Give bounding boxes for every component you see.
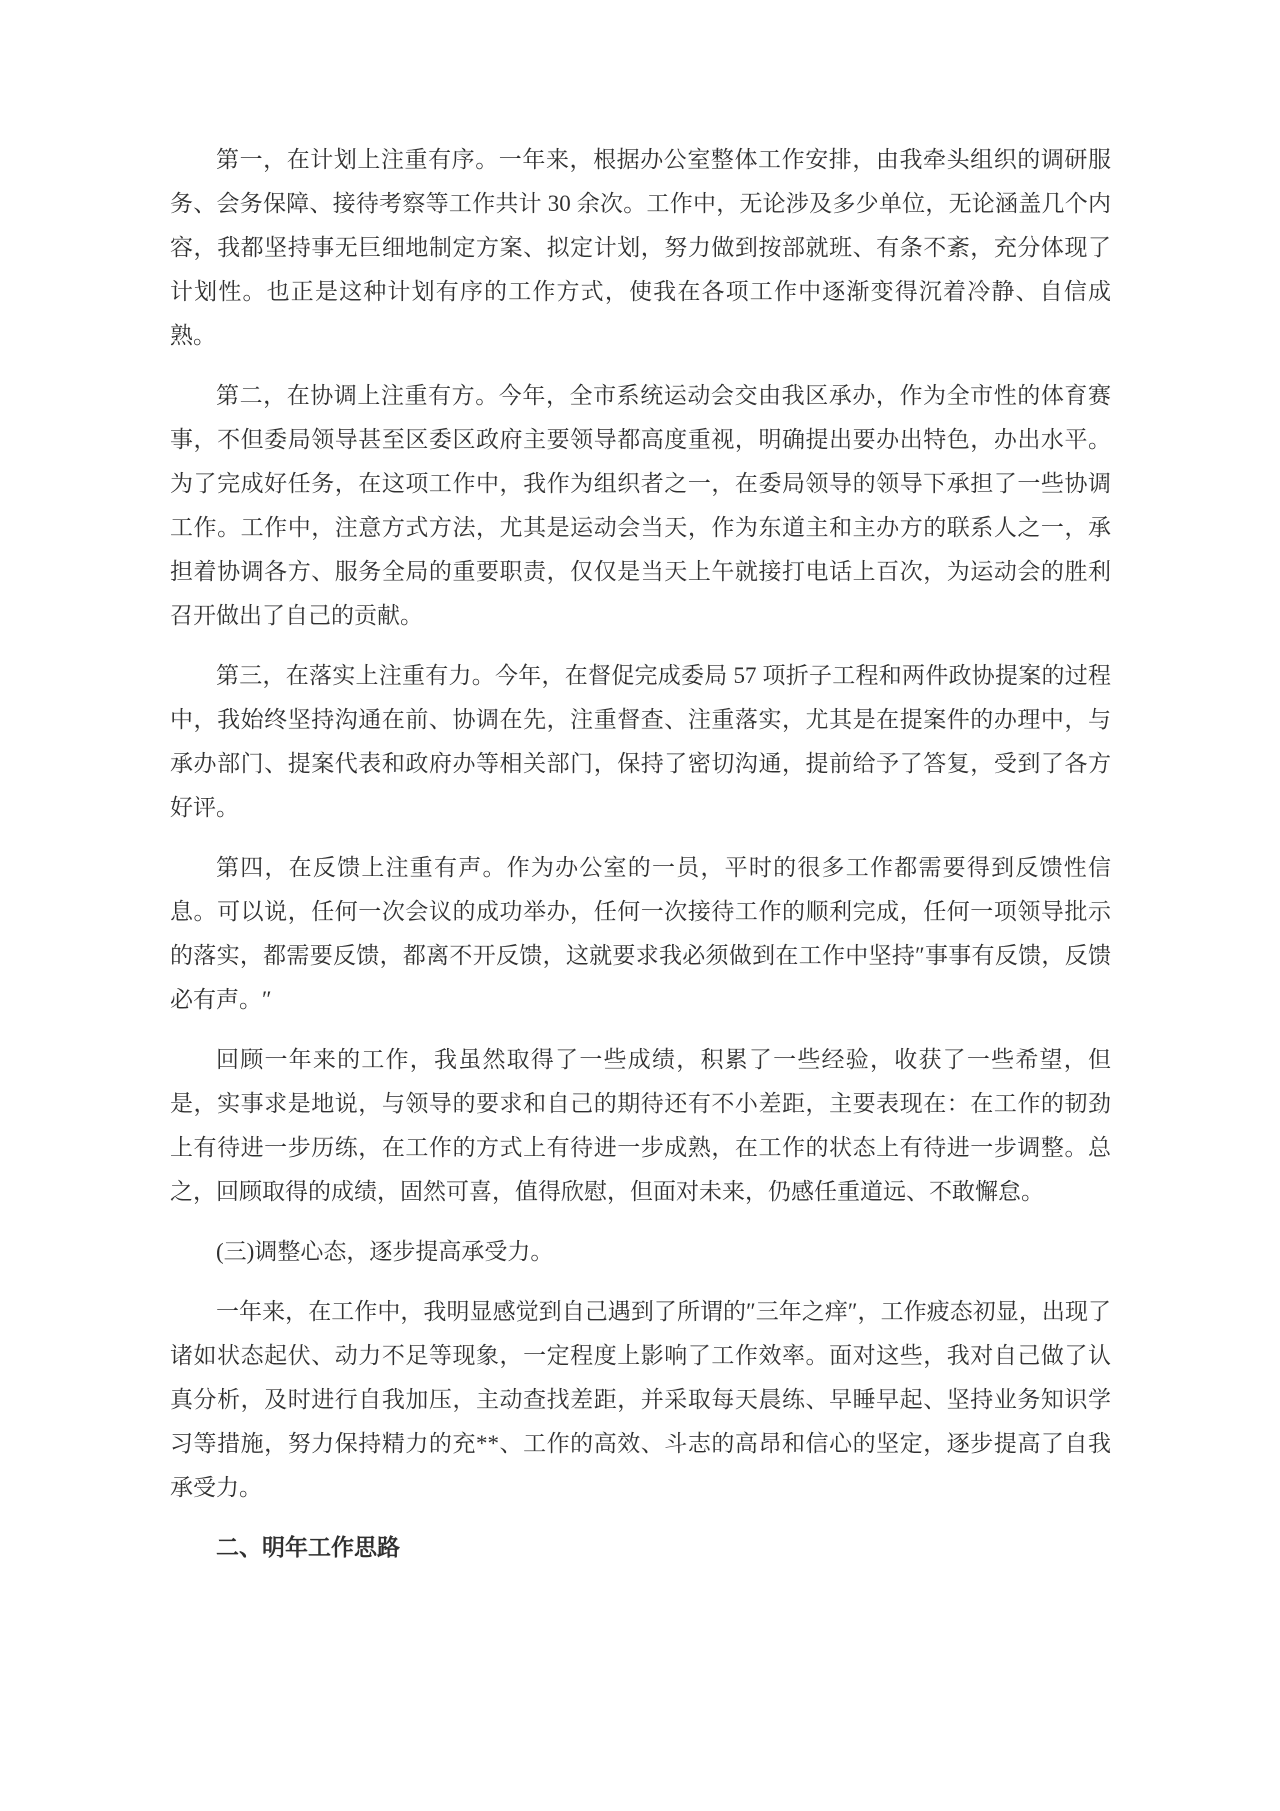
paragraph-point-4-feedback: 第四，在反馈上注重有声。作为办公室的一员，平时的很多工作都需要得到反馈性信息。可… [170, 846, 1111, 1022]
paragraph-mindset-detail: 一年来，在工作中，我明显感觉到自己遇到了所谓的″三年之痒″，工作疲态初显，出现了… [170, 1290, 1111, 1510]
paragraph-review-summary: 回顾一年来的工作，我虽然取得了一些成绩，积累了一些经验，收获了一些希望，但是，实… [170, 1038, 1111, 1214]
paragraph-point-3-implementation: 第三，在落实上注重有力。今年，在督促完成委局 57 项折子工程和两件政协提案的过… [170, 654, 1111, 830]
paragraph-point-2-coordination: 第二，在协调上注重有方。今年，全市系统运动会交由我区承办，作为全市性的体育赛事，… [170, 374, 1111, 638]
heading-next-year-plan: 二、明年工作思路 [170, 1526, 1111, 1570]
document-body: 第一，在计划上注重有序。一年来，根据办公室整体工作安排，由我牵头组织的调研服务、… [170, 138, 1111, 1586]
paragraph-subheading-mindset: (三)调整心态，逐步提高承受力。 [170, 1230, 1111, 1274]
document-page: 第一，在计划上注重有序。一年来，根据办公室整体工作安排，由我牵头组织的调研服务、… [0, 0, 1280, 1811]
paragraph-point-1-plan: 第一，在计划上注重有序。一年来，根据办公室整体工作安排，由我牵头组织的调研服务、… [170, 138, 1111, 358]
